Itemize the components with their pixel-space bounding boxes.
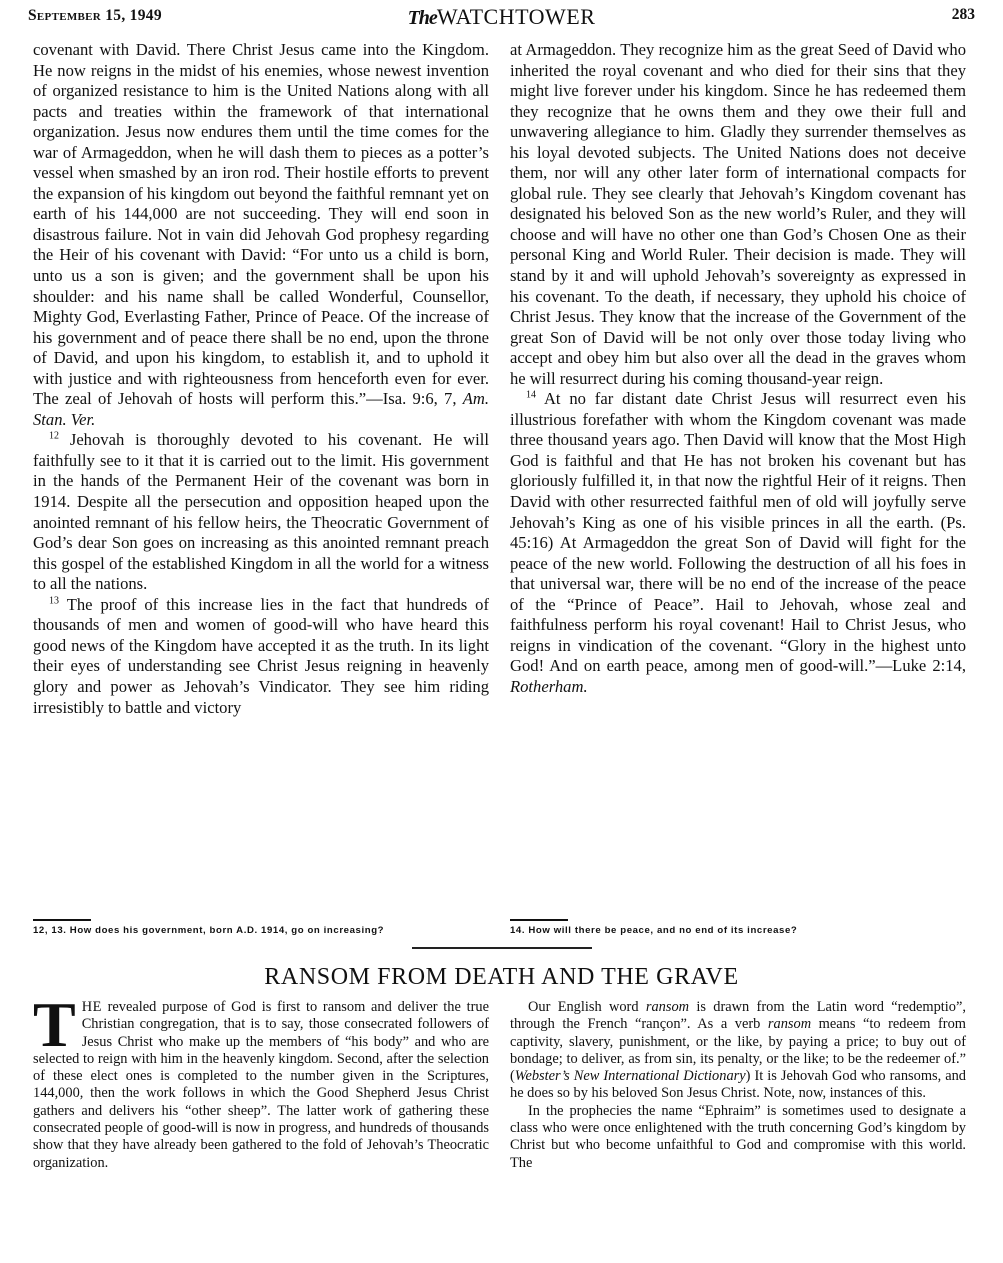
article-paragraph-2: Our English word ransom is drawn from th… bbox=[510, 999, 966, 1103]
paragraph-14: 14 At no far distant date Christ Jesus w… bbox=[510, 389, 966, 697]
left-column: covenant with David. There Christ Jesus … bbox=[33, 40, 489, 718]
paragraph-number: 14 bbox=[526, 390, 536, 401]
paragraph-text: Jehovah is thoroughly devoted to his cov… bbox=[33, 430, 489, 593]
paragraph-text: covenant with David. There Christ Jesus … bbox=[33, 40, 489, 408]
footnote-question-14: 14. How will there be peace, and no end … bbox=[510, 925, 970, 936]
paragraph-13-continued: at Armageddon. They recognize him as the… bbox=[510, 40, 966, 389]
lead-caps: HE bbox=[82, 999, 102, 1015]
text: Our English word bbox=[528, 999, 646, 1015]
paragraph-text: The proof of this increase lies in the f… bbox=[33, 595, 489, 717]
article-title: RANSOM FROM DEATH AND THE GRAVE bbox=[0, 964, 1003, 991]
page-number: 283 bbox=[952, 6, 975, 24]
footnote-divider bbox=[33, 919, 91, 921]
paragraph-text: revealed purpose of God is first to rans… bbox=[33, 999, 489, 1171]
term-ransom: ransom bbox=[646, 999, 689, 1015]
dictionary-source: Webster’s New International Dictionary bbox=[515, 1068, 746, 1084]
footnote-question-12-13: 12, 13. How does his government, born A.… bbox=[33, 925, 493, 936]
term-ransom: ransom bbox=[768, 1016, 811, 1032]
masthead-name: WATCHTOWER bbox=[437, 4, 596, 29]
paragraph-number: 12 bbox=[49, 431, 59, 442]
article-right-column: Our English word ransom is drawn from th… bbox=[510, 999, 966, 1172]
paragraph-12: 12 Jehovah is thoroughly devoted to his … bbox=[33, 430, 489, 594]
magazine-masthead: TheWATCHTOWER bbox=[0, 4, 1003, 30]
article-paragraph-3: In the prophecies the name “Ephraim” is … bbox=[510, 1103, 966, 1172]
article-paragraph-1: THE revealed purpose of God is first to … bbox=[33, 999, 489, 1172]
paragraph-11-continued: covenant with David. There Christ Jesus … bbox=[33, 40, 489, 430]
page-header: September 15, 1949 TheWATCHTOWER 283 bbox=[0, 0, 1003, 34]
masthead-the: The bbox=[408, 7, 437, 29]
footnote-divider bbox=[510, 919, 568, 921]
paragraph-13: 13 The proof of this increase lies in th… bbox=[33, 595, 489, 718]
section-divider bbox=[412, 947, 592, 949]
citation: Rotherham. bbox=[510, 677, 588, 696]
paragraph-text: At no far distant date Christ Jesus will… bbox=[510, 389, 966, 675]
article-left-column: THE revealed purpose of God is first to … bbox=[33, 999, 489, 1172]
paragraph-number: 13 bbox=[49, 595, 59, 606]
drop-cap: T bbox=[33, 1000, 76, 1050]
right-column: at Armageddon. They recognize him as the… bbox=[510, 40, 966, 698]
